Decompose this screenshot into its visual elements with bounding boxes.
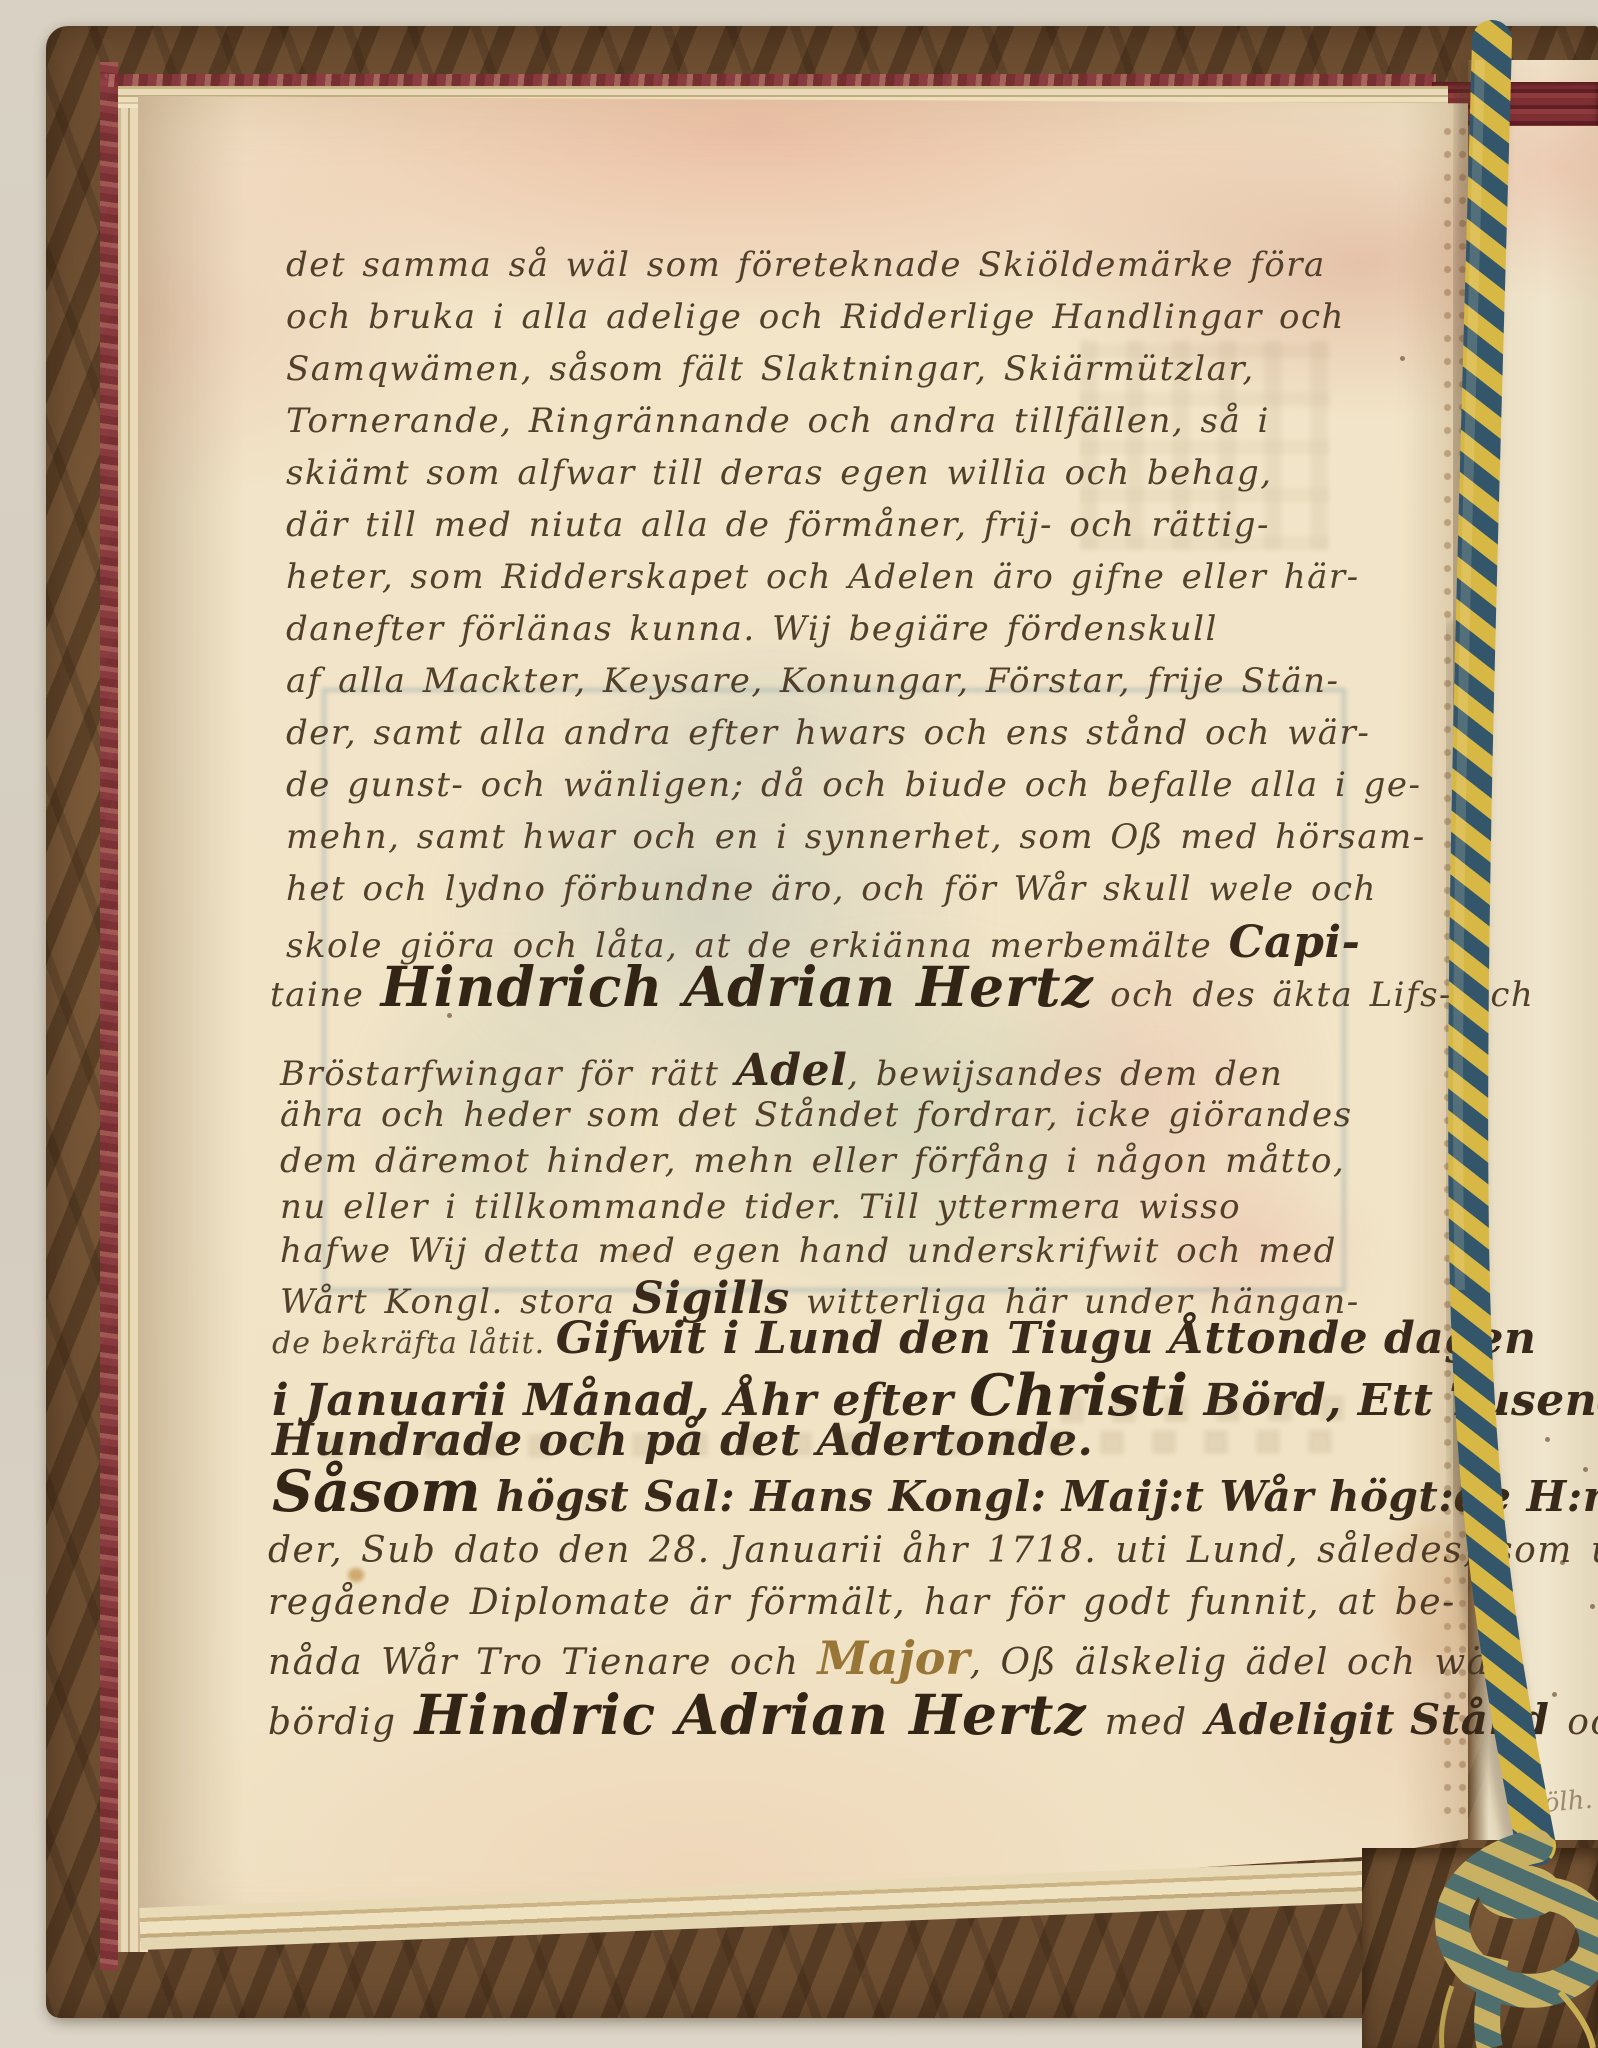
manuscript-text-segment: högst Sal: Hans Kongl: Maij:t Wår högt:d… <box>481 1472 1598 1521</box>
manuscript-text-segment: Såsom <box>272 1458 481 1525</box>
manuscript-text-segment: och för <box>1549 1702 1598 1743</box>
manuscript-line: Bröstarfwingar för rätt Adel, bewijsande… <box>280 1048 1283 1094</box>
manuscript-line: der, Sub dato den 28. Januarii åhr 1718.… <box>268 1532 1598 1570</box>
manuscript-line: ähra och heder som det Ståndet fordrar, … <box>280 1098 1353 1134</box>
manuscript-text-segment: danefter förlänas kunna. Wij begiäre för… <box>286 609 1218 649</box>
manuscript-text-segment: regående Diplomate är förmält, har för g… <box>268 1582 1456 1623</box>
manuscript-line: det samma så wäl som företeknade Skiölde… <box>286 248 1326 284</box>
manuscript-text-segment: , bewijsandes dem den <box>847 1054 1283 1094</box>
manuscript-text-segment: der, Sub dato den 28. Januarii åhr 1718.… <box>268 1530 1598 1571</box>
manuscript-text-segment: heter, som Ridderskapet och Adelen äro g… <box>286 557 1360 597</box>
manuscript-text-segment: Adel <box>736 1045 848 1096</box>
manuscript-line: af alla Mackter, Keysare, Konungar, Förs… <box>286 664 1340 700</box>
handwritten-text-layer: det samma så wäl som företeknade Skiölde… <box>0 0 1598 2048</box>
manuscript-text-segment: Samqwämen, såsom fält Slaktningar, Skiär… <box>286 349 1255 389</box>
manuscript-text-segment: Adeligit Stånd <box>1206 1695 1550 1744</box>
manuscript-line: nu eller i tillkommande tider. Till ytte… <box>280 1190 1241 1226</box>
manuscript-line: de gunst- och wänligen; då och biude och… <box>286 768 1422 804</box>
manuscript-line: skiämt som alfwar till deras egen willia… <box>286 456 1273 492</box>
manuscript-text-segment: och des äkta Lifs- och <box>1094 975 1534 1015</box>
manuscript-line: dem däremot hinder, mehn eller förfång i… <box>280 1144 1345 1180</box>
manuscript-line: Såsom högst Sal: Hans Kongl: Maij:t Wår … <box>272 1462 1598 1522</box>
manuscript-text-segment: ähra och heder som det Ståndet fordrar, … <box>280 1095 1353 1135</box>
manuscript-text-segment: Major <box>817 1631 969 1685</box>
manuscript-text-segment: hafwe Wij detta med egen hand underskrif… <box>280 1231 1337 1271</box>
manuscript-text-segment: de bekräfta låtit. <box>272 1326 556 1361</box>
manuscript-line: nåda Wår Tro Tienare och Major, Oß älske… <box>268 1634 1516 1682</box>
manuscript-text-segment: Hindric Adrian Hertz <box>414 1682 1086 1747</box>
manuscript-text-segment: Tornerande, Ringrännande och andra tillf… <box>286 401 1270 441</box>
manuscript-text-segment: taine <box>270 975 381 1015</box>
manuscript-line: där till med niuta alla de förmåner, fri… <box>286 508 1270 544</box>
manuscript-line: Samqwämen, såsom fält Slaktningar, Skiär… <box>286 352 1255 388</box>
manuscript-line: der, samt alla andra efter hwars och ens… <box>286 716 1370 752</box>
manuscript-text-segment: där till med niuta alla de förmåner, fri… <box>286 505 1270 545</box>
manuscript-line: bördig Hindric Adrian Hertz med Adeligit… <box>268 1686 1598 1744</box>
scanned-manuscript-page: det samma så wäl som företeknade Skiölde… <box>0 0 1598 2048</box>
manuscript-text-segment: de gunst- och wänligen; då och biude och… <box>286 765 1422 805</box>
manuscript-text-segment: bördig <box>268 1702 414 1743</box>
manuscript-text-segment: nu eller i tillkommande tider. Till ytte… <box>280 1187 1241 1227</box>
manuscript-text-segment: mehn, samt hwar och en i synnerhet, som … <box>286 817 1426 857</box>
manuscript-line: mehn, samt hwar och en i synnerhet, som … <box>286 820 1426 856</box>
manuscript-text-segment: och bruka i alla adelige och Ridderlige … <box>286 297 1345 337</box>
manuscript-text-segment: skiämt som alfwar till deras egen willia… <box>286 453 1273 493</box>
manuscript-line: och bruka i alla adelige och Ridderlige … <box>286 300 1345 336</box>
leather-cover-bottom-right <box>1362 1848 1598 2048</box>
manuscript-text-segment: med <box>1087 1702 1206 1743</box>
manuscript-text-segment: nåda Wår Tro Tienare och <box>268 1642 817 1683</box>
manuscript-line: het och lydno förbundne äro, och för Wår… <box>286 872 1377 908</box>
manuscript-line: Tornerande, Ringrännande och andra tillf… <box>286 404 1270 440</box>
manuscript-line: danefter förlänas kunna. Wij begiäre för… <box>286 612 1218 648</box>
manuscript-text-segment: , Oß älskelig ädel och wäl- <box>970 1642 1517 1683</box>
manuscript-text-segment: af alla Mackter, Keysare, Konungar, Förs… <box>286 661 1340 701</box>
manuscript-line: de bekräfta låtit. Gifwit i Lund den Tiu… <box>272 1316 1537 1362</box>
manuscript-text-segment: der, samt alla andra efter hwars och ens… <box>286 713 1370 753</box>
manuscript-text-segment: dem däremot hinder, mehn eller förfång i… <box>280 1141 1345 1181</box>
manuscript-text-segment: het och lydno förbundne äro, och för Wår… <box>286 869 1377 909</box>
manuscript-line: regående Diplomate är förmält, har för g… <box>268 1584 1456 1622</box>
manuscript-text-segment: det samma så wäl som företeknade Skiölde… <box>286 245 1326 285</box>
manuscript-text-segment: Gifwit i Lund den Tiugu Åttonde dagen <box>556 1313 1537 1364</box>
manuscript-text-segment: Hindrich Adrian Hertz <box>381 954 1094 1019</box>
manuscript-text-segment: Bröstarfwingar för rätt <box>280 1054 736 1094</box>
manuscript-text-segment: Börd, Ett Tusend Siu <box>1188 1375 1598 1426</box>
manuscript-line: taine Hindrich Adrian Hertz och des äkta… <box>270 958 1534 1016</box>
manuscript-line: heter, som Ridderskapet och Adelen äro g… <box>286 560 1360 596</box>
manuscript-line: hafwe Wij detta med egen hand underskrif… <box>280 1234 1337 1270</box>
